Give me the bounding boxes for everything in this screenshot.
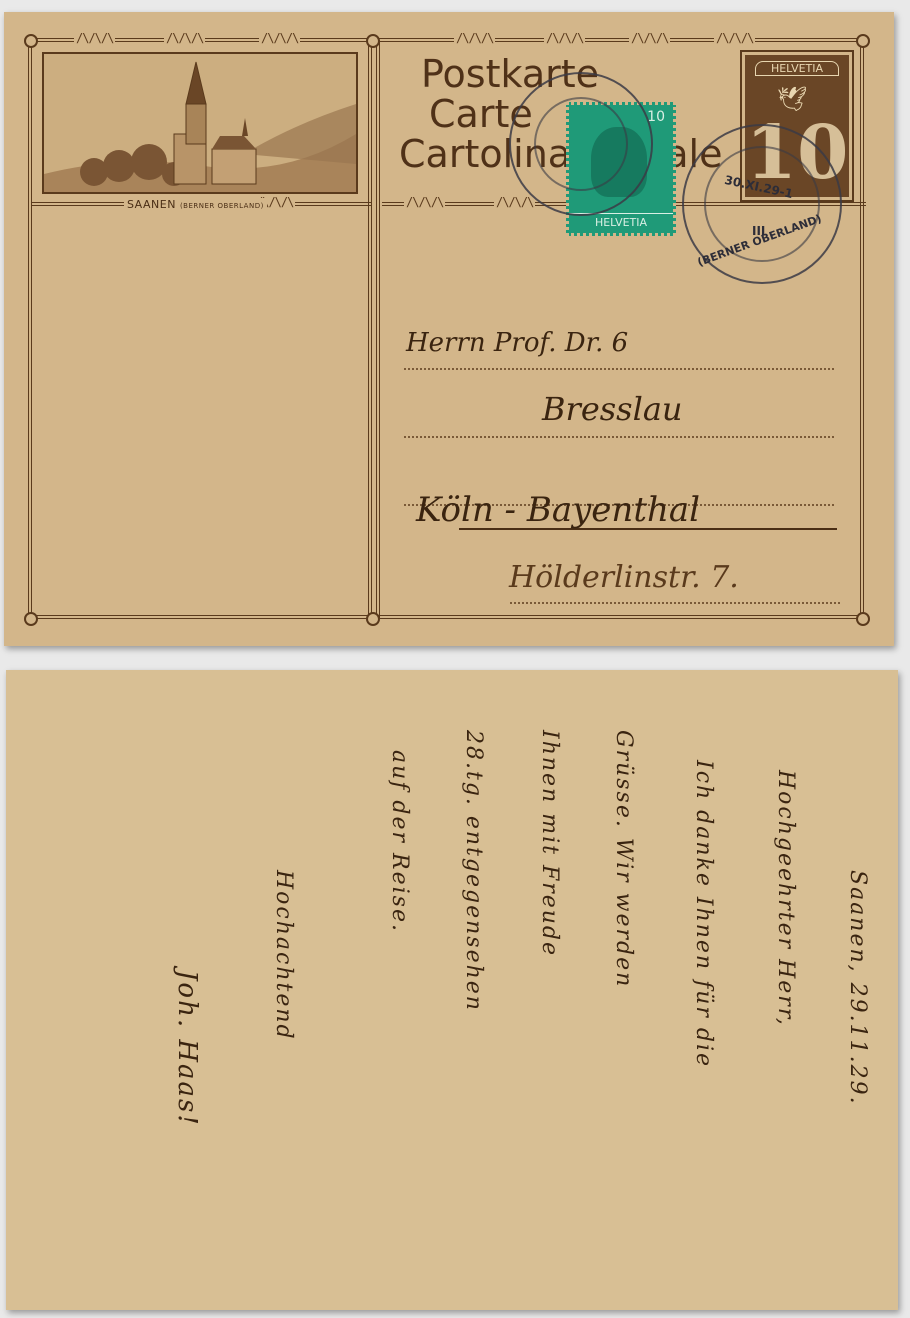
frame-divider-right <box>376 40 380 618</box>
corner-ring-ornament <box>366 34 380 48</box>
frame-right-border <box>860 40 864 618</box>
zigzag-ornament: /\/\/\ <box>404 196 445 208</box>
letter-line: Ihnen mit Freude <box>537 730 562 957</box>
address-line <box>510 602 840 604</box>
picture-caption: SAANEN (BERNER OBERLAND) <box>124 198 267 211</box>
address-destination: Köln - Bayenthal <box>416 490 700 530</box>
postmark-left-inner <box>534 97 628 191</box>
address-recipient: Herrn Prof. Dr. 6 <box>406 328 628 358</box>
saanen-church-illustration <box>42 52 358 194</box>
letter-line: Hochgeehrter Herr, <box>773 770 798 1027</box>
letter-line: Ich danke Ihnen für die <box>691 760 716 1068</box>
zigzag-ornament: /\/\/\ <box>544 32 585 44</box>
zigzag-ornament: /\/\/\ <box>494 196 535 208</box>
corner-ring-ornament <box>856 612 870 626</box>
corner-ring-ornament <box>24 34 38 48</box>
zigzag-ornament: /\/\/\ <box>164 32 205 44</box>
letter-closing: Hochachtend <box>271 870 296 1041</box>
frame-divider-left <box>368 40 372 618</box>
stamp-country: HELVETIA <box>755 61 839 76</box>
caption-region: (BERNER OBERLAND) <box>180 202 264 210</box>
zigzag-ornament: /\/\/\ <box>629 32 670 44</box>
postcard-back: Saanen, 29.11.29. Hochgeehrter Herr, Ich… <box>6 670 898 1310</box>
address-city: Bresslau <box>542 390 683 428</box>
corner-ring-ornament <box>856 34 870 48</box>
address-line <box>404 368 834 370</box>
zigzag-ornament: /\/\/\ <box>714 32 755 44</box>
zigzag-ornament: /\/\/\ <box>454 32 495 44</box>
postcard-front: /\/\/\ /\/\/\ /\/\/\ /\/\/\ /\/\/\ /\/\/… <box>4 12 894 646</box>
corner-ring-ornament <box>24 612 38 626</box>
letter-line: 28.tg. entgegensehen <box>461 730 486 1012</box>
zigzag-ornament: /\/\/\ <box>74 32 115 44</box>
letter-line: auf der Reise. <box>387 750 412 933</box>
dove-icon: 🕊 <box>777 85 807 113</box>
letter-date-line: Saanen, 29.11.29. <box>845 870 870 1106</box>
zigzag-ornament: /\/\/\ <box>259 32 300 44</box>
corner-ring-ornament <box>366 612 380 626</box>
frame-left-border <box>28 40 32 618</box>
letter-signature: Joh. Haas! <box>172 970 202 1127</box>
caption-place: SAANEN <box>127 198 176 211</box>
letter-line: Grüsse. Wir werden <box>611 730 636 988</box>
address-line <box>404 436 834 438</box>
frame-bottom-border <box>32 615 866 619</box>
address-street: Hölderlinstr. 7. <box>509 560 739 595</box>
